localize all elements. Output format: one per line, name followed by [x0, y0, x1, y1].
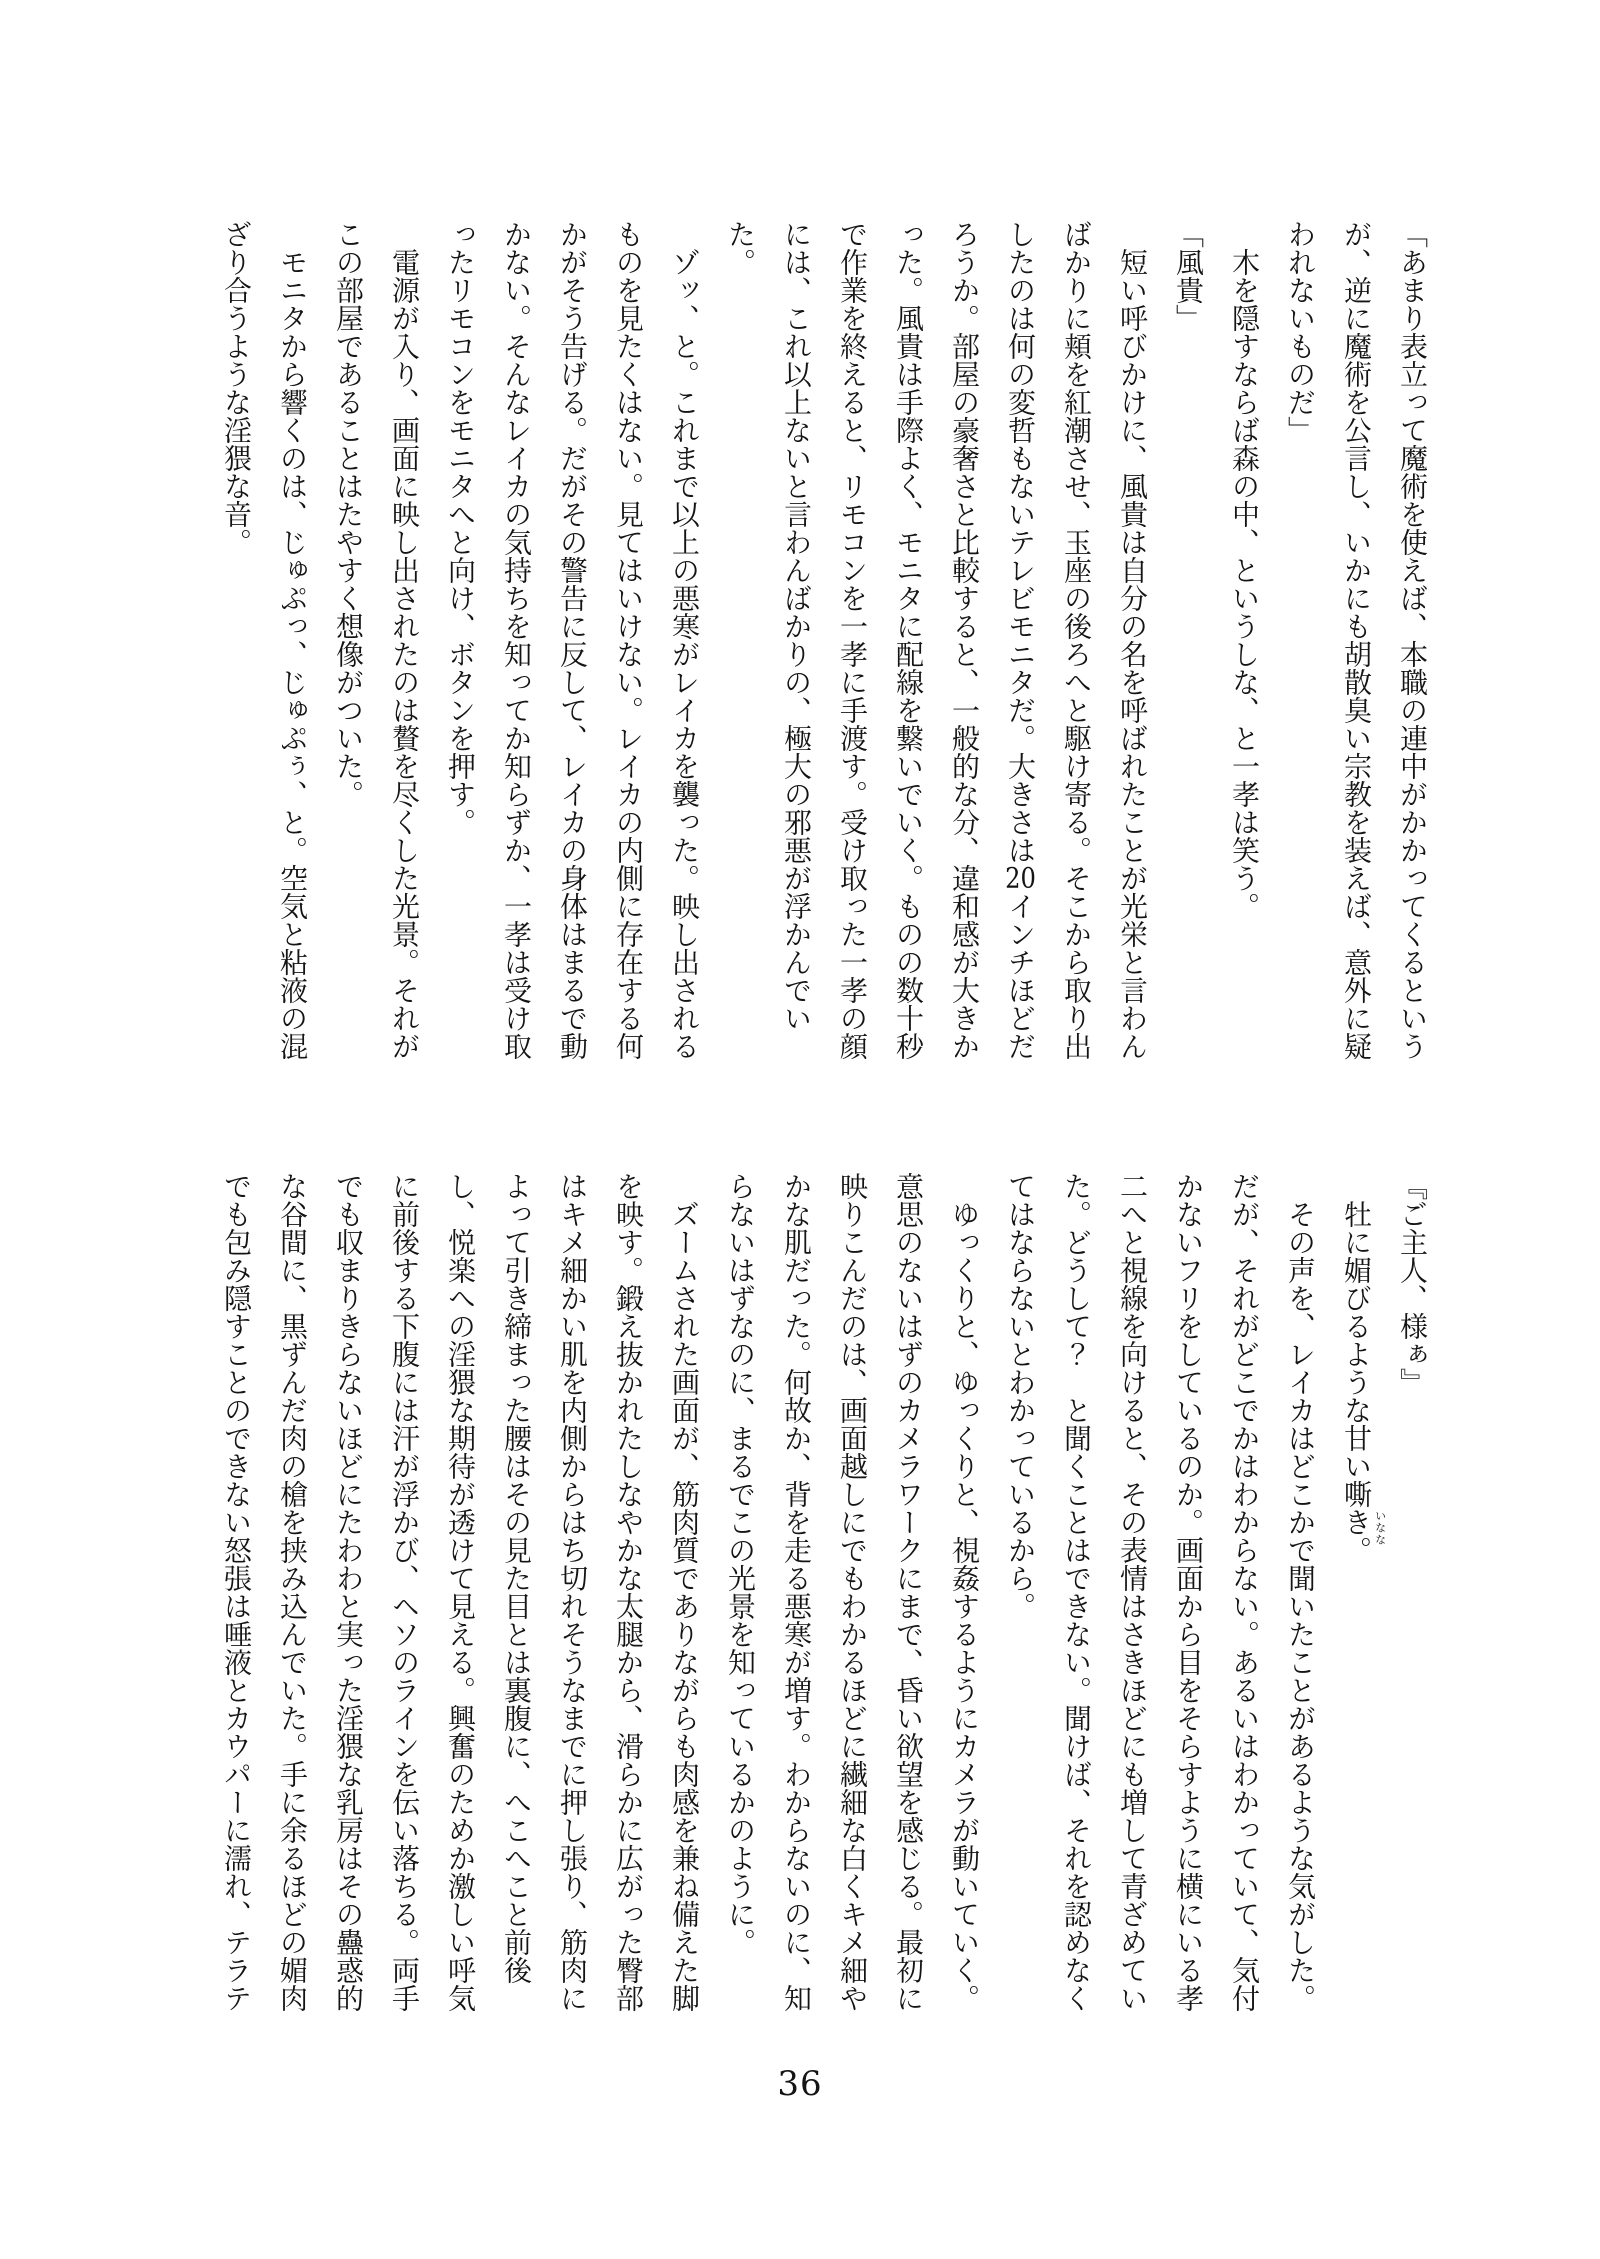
text-paragraph: 「あまり表立って魔術を使えば、本職の連中がかかってくるというが、逆に魔術を公言し…: [1272, 220, 1440, 1076]
text-paragraph: ゾッ、と。これまで以上の悪寒がレイカを襲った。映し出されるものを見たくはない。見…: [432, 220, 712, 1076]
ruby-annotated-word: 嘶いなな: [1340, 1480, 1373, 1508]
text-paragraph: ゆっくりと、ゆっくりと、視姦するようにカメラが動いていく。意思のないはずのカメラ…: [712, 1172, 992, 2028]
top-text-block: 「あまり表立って魔術を使えば、本職の連中がかかってくるというが、逆に魔術を公言し…: [208, 220, 1440, 1076]
text-paragraph: 短い呼びかけに、風貴は自分の名を呼ばれたことが光栄と言わんばかりに頬を紅潮させ、…: [712, 220, 1160, 1076]
text-paragraph: 電源が入り、画面に映し出されたのは贅を尽くした光景。それがこの部屋であることはた…: [320, 220, 432, 1076]
text-paragraph: 『ご主人、様ぁ』: [1384, 1172, 1440, 2028]
text-paragraph: その声を、レイカはどこかで聞いたことがあるような気がした。だが、それがどこでかは…: [992, 1172, 1328, 2028]
book-page: 「あまり表立って魔術を使えば、本職の連中がかかってくるというが、逆に魔術を公言し…: [0, 0, 1600, 2259]
text-paragraph: ズームされた画面が、筋肉質でありながらも肉感を兼ね備えた脚を映す。鍛え抜かれたし…: [208, 1172, 712, 2028]
page-number: 36: [0, 2064, 1600, 2104]
bottom-text-block: 『ご主人、様ぁ』牡に媚びるような甘い嘶いななき。その声を、レイカはどこかで聞いた…: [208, 1172, 1440, 2028]
text-paragraph: モニタから響くのは、じゅぷっ、じゅぷぅ、と。空気と粘液の混ざり合うような淫猥な音…: [208, 220, 320, 1076]
tatechuyoko-number: 20: [1004, 864, 1037, 892]
text-paragraph: 牡に媚びるような甘い嘶いななき。: [1328, 1172, 1384, 2028]
text-paragraph: 木を隠すならば森の中、というしな、と一孝は笑う。: [1216, 220, 1272, 1076]
furigana: いなな: [1373, 1482, 1386, 1546]
text-paragraph: 「風貴」: [1160, 220, 1216, 1076]
